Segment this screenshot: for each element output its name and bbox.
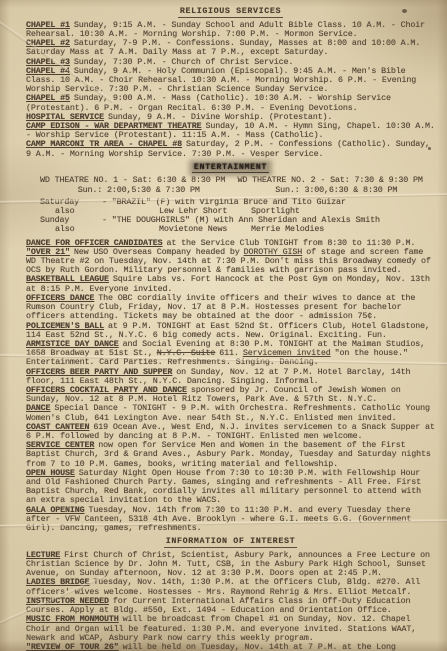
entry-text: First Church of Christ, Scientist, Asbur… (26, 550, 430, 578)
bulletin-entry: CHAPEL #2Saturday, 7-9 P.M. - Confession… (26, 39, 435, 57)
section-religious-services: CHAPEL #1Sunday, 9:15 A.M. - Sunday Scho… (26, 21, 435, 159)
entry-heading: CHAPEL #5 (26, 93, 70, 103)
section-entertainment: DANCE FOR OFFICER CANDIDATESat the Servi… (26, 239, 435, 534)
section-title-information: INFORMATION OF INTEREST (164, 537, 297, 548)
entry-heading: LADIES BRIDGE (26, 577, 89, 587)
bulletin-entry: "OVER 21"New USO Overseas Company headed… (26, 248, 435, 276)
bulletin-entry: CHAPEL #1Sunday, 9:15 A.M. - Sunday Scho… (26, 21, 435, 39)
entry-heading: BASKETBALL LEAGUE (26, 274, 109, 284)
bulletin-entry: ARMISTICE DAY DANCEand Social Evening at… (26, 340, 435, 368)
ink-speck (428, 147, 431, 150)
bulletin-entry: MUSIC FROM MONMOUTHwill be broadcast fro… (26, 615, 435, 643)
theatre-2-sunday-times: Sun.: 3:00,6:30 & 8:30 PM (238, 186, 436, 195)
bulletin-entry: OPEN HOUSESaturday Night Open House from… (26, 469, 435, 506)
section-title-religious: RELIGIOUS SERVICES (178, 7, 283, 18)
movie-listings: Saturday - "BRAZIL" (F) with Virginia Br… (26, 198, 435, 235)
movie-also-label: also (55, 225, 103, 234)
section-information-of-interest: LECTUREFirst Church of Christ, Scientist… (26, 551, 435, 651)
bulletin-entry: "REVIEW OF TOUR 26"will be held on Tuesd… (26, 643, 435, 651)
bulletin-entry: LECTUREFirst Church of Christ, Scientist… (26, 551, 435, 579)
bulletin-entry: GALA OPENINGTuesday, Nov. 14th from 7:30… (26, 506, 435, 534)
entry-heading: "REVIEW OF TOUR 26" (26, 642, 119, 651)
bulletin-entry: OFFICERS DANCEThe OBC cordially invite o… (26, 294, 435, 322)
bulletin-entry: POLICEMEN'S BALLat 9 P.M. TONIGHT at Eas… (26, 322, 435, 340)
entry-text: Special Dance - TONIGHT - 9 P.M. with Or… (26, 403, 430, 422)
bulletin-entry: CAMP MARCONI TR AREA - CHAPEL #8Saturday… (26, 140, 435, 158)
bulletin-entry: DANCESpecial Dance - TONIGHT - 9 P.M. wi… (26, 404, 435, 422)
entry-heading: CAMP MARCONI TR AREA - CHAPEL #8 (26, 139, 182, 149)
movie-row: Saturday - "BRAZIL" (F) with Virginia Br… (26, 198, 435, 207)
theatre-2-schedule: WD THEATRE NO. 2 - Sat: 7:30 & 9:30 PM S… (238, 176, 436, 194)
bulletin-entry: SERVICE CENTERnow open for Service Men a… (26, 441, 435, 469)
bulletin-entry: COAST CANTEEN619 Ocean Ave., West End, N… (26, 423, 435, 441)
theatre-1-sunday-times: Sun.: 2:00,5:30 & 7:30 PM (40, 186, 238, 195)
bulletin-entry: OFFICERS BEER PARTY AND SUPPERon Sunday,… (26, 368, 435, 386)
entry-text: Saturday Night Open House from 7:30 to 1… (26, 468, 421, 506)
entry-text: Sunday, 9:00 A.M. - Mass (Catholic). 10:… (26, 93, 391, 112)
entry-text: Saturday, 7-9 P.M. - Confessions. Sunday… (26, 38, 420, 57)
ink-speck (402, 9, 407, 13)
movie-short-1: Movietone News (159, 225, 251, 234)
entry-text: Sunday, 9 A.M. - Holy Communion (Episcop… (26, 66, 416, 94)
entry-text: Sunday, 9:15 A.M. - Sunday School and Ad… (26, 20, 425, 39)
bulletin-entry: CHAPEL #4Sunday, 9 A.M. - Holy Communion… (26, 67, 435, 95)
bulletin-entry: BASKETBALL LEAGUESquire Labs vs. Fort Ha… (26, 275, 435, 293)
movie-row: also Movietone News Merrie Melodies (26, 225, 435, 234)
movie-row: Sunday - "THE DOUGHGIRLS" (M) with Ann S… (26, 216, 435, 225)
entry-text: will be held on Tuesday, Nov. 14th at 7 … (123, 642, 396, 651)
bulletin-entry: INSTRUCTOR NEEDEDfor Current Internation… (26, 597, 435, 615)
entry-heading: DANCE (26, 403, 50, 413)
theatre-schedule: WD THEATRE NO. 1 - Sat: 6:30 & 8:30 PM S… (26, 176, 435, 194)
bulletin-entry: CAMP EDISON - WAR DEPARTMENT THEATRESund… (26, 122, 435, 140)
entry-heading: MUSIC FROM MONMOUTH (26, 614, 119, 624)
movie-short-2: Merrie Melodies (251, 225, 324, 234)
section-title-entertainment: ENTERTAINMENT (192, 163, 269, 174)
entry-heading: POLICEMEN'S BALL (26, 321, 104, 331)
bulletin-entry: LADIES BRIDGETuesday, Nov. 14th, 1:30 P.… (26, 578, 435, 596)
bulletin-entry: CHAPEL #5Sunday, 9:00 A.M. - Mass (Catho… (26, 94, 435, 112)
bulletin-entry: OFFICERS COCKTAIL PARTY AND DANCEsponsor… (26, 386, 435, 404)
theatre-1-schedule: WD THEATRE NO. 1 - Sat: 6:30 & 8:30 PM S… (40, 176, 238, 194)
scanned-bulletin-page: RELIGIOUS SERVICES CHAPEL #1Sunday, 9:15… (0, 0, 447, 651)
